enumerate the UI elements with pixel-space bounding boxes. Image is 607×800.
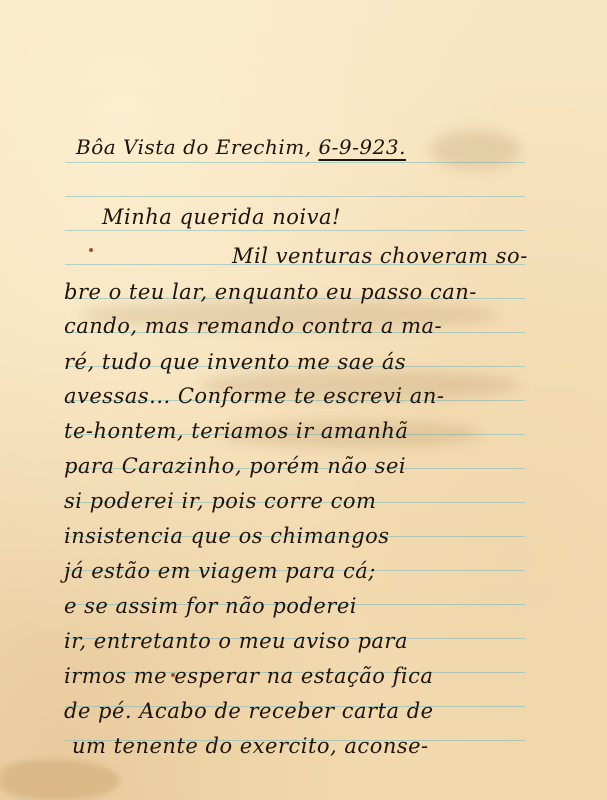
ink-spot — [89, 248, 93, 252]
body-line: bre o teu lar, enquanto eu passo can- — [64, 282, 477, 303]
ink-bleed-through — [430, 130, 520, 170]
body-line: ir, entretanto o meu aviso para — [64, 631, 408, 652]
body-line: já estão em viagem para cá; — [64, 561, 376, 582]
body-line: Mil venturas choveram so- — [232, 246, 528, 267]
body-line: si poderei ir, pois corre com — [64, 491, 376, 512]
body-line: para Carazinho, porém não sei — [64, 456, 406, 477]
body-line: de pé. Acabo de receber carta de — [64, 701, 434, 722]
body-line: te-hontem, teriamos ir amanhã — [64, 421, 408, 442]
ruled-line — [65, 230, 525, 231]
heading-date: 6-9-923. — [318, 135, 406, 159]
body-line: ré, tudo que invento me sae ás — [64, 352, 406, 373]
body-line: insistencia que os chimangos — [64, 526, 390, 547]
ruled-line — [65, 196, 525, 197]
letter-heading: Bôa Vista do Erechim, 6-9-923. — [76, 137, 406, 157]
water-stain — [0, 760, 120, 800]
body-line: avessas... Conforme te escrevi an- — [64, 386, 444, 407]
body-line: cando, mas remando contra a ma- — [64, 316, 442, 337]
salutation: Minha querida noiva! — [102, 207, 341, 228]
heading-place: Bôa Vista do Erechim, — [76, 135, 312, 159]
body-line: e se assim for não poderei — [64, 596, 357, 617]
body-line: um tenente do exercito, aconse- — [72, 736, 429, 757]
body-line: irmos me esperar na estação fica — [64, 666, 433, 687]
letter-page: Bôa Vista do Erechim, 6-9-923. Minha que… — [0, 0, 607, 800]
